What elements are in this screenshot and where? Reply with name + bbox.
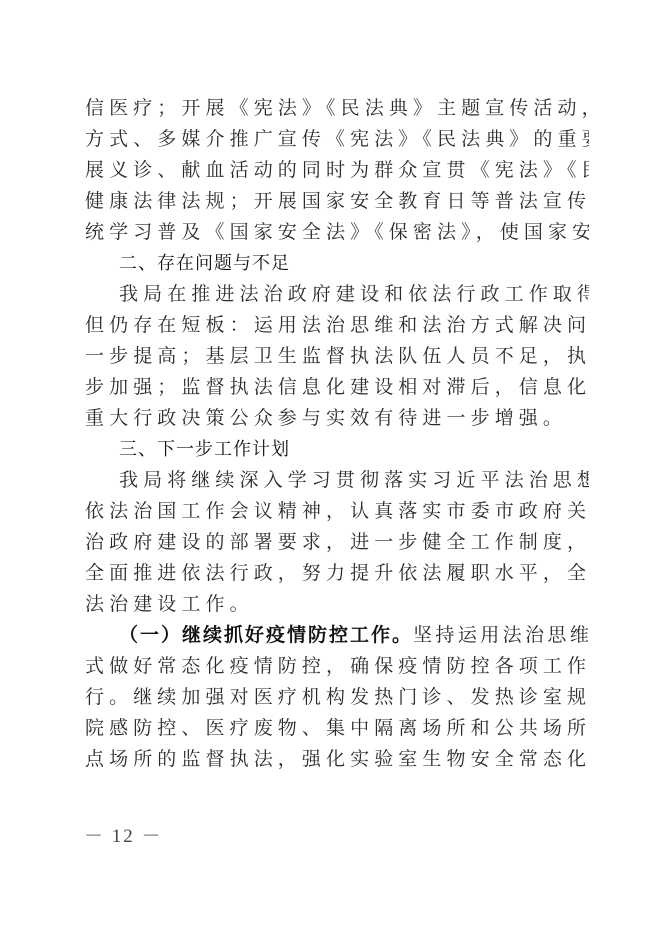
- text-line: 全面推进依法行政，努力提升依法履职水平，全面加强卫生健康: [85, 558, 589, 589]
- text-line: 重大行政决策公众参与实效有待进一步增强。: [85, 403, 589, 434]
- text-line: 我局在推进法治政府建设和依法行政工作取得了一定成绩，: [85, 279, 589, 310]
- text-line: 信医疗；开展《宪法》《民法典》主题宣传活动，推动全系统多: [85, 93, 589, 124]
- section-heading-next-steps: 三、下一步工作计划: [85, 434, 589, 465]
- section-heading-problems: 二、存在问题与不足: [85, 248, 589, 279]
- text-line: 行。继续加强对医疗机构发热门诊、发热诊室规范化建设管理、: [85, 682, 589, 713]
- text-line: 我局将继续深入学习贯彻落实习近平法治思想和中央全面: [85, 465, 589, 496]
- text-line: 式做好常态化疫情防控，确保疫情防控各项工作在法治轨道上进: [85, 651, 589, 682]
- text-line: 展义诊、献血活动的同时为群众宣贯《宪法》《民法典》及卫生: [85, 155, 589, 186]
- text-run: 坚持运用法治思维和法治方: [413, 624, 589, 646]
- text-line: 院感防控、医疗废物、集中隔离场所和公共场所等重点机构和重: [85, 713, 589, 744]
- text-line: 依法治国工作会议精神，认真落实市委市政府关于依法治市、法: [85, 496, 589, 527]
- document-page: 信医疗；开展《宪法》《民法典》主题宣传活动，推动全系统多 方式、多媒介推广宣传《…: [0, 0, 672, 927]
- page-number: － 12 －: [84, 821, 163, 848]
- text-line: 一步提高；基层卫生监督执法队伍人员不足，执法能力有待进一: [85, 341, 589, 372]
- text-line: 方式、多媒介推广宣传《宪法》《民法典》的重要内容，通过开: [85, 124, 589, 155]
- text-line: 但仍存在短板：运用法治思维和法治方式解决问题的能力需要进: [85, 310, 589, 341]
- text-line: 法治建设工作。: [85, 589, 589, 620]
- text-line: 点场所的监督执法，强化实验室生物安全常态化监督，以及学校、: [85, 744, 589, 775]
- text-line: 统学习普及《国家安全法》《保密法》，使国家安全教育深入工作。: [85, 217, 589, 248]
- body-text: 信医疗；开展《宪法》《民法典》主题宣传活动，推动全系统多 方式、多媒介推广宣传《…: [85, 93, 589, 775]
- text-line: 步加强；监督执法信息化建设相对滞后，信息化建设亟需加强；: [85, 372, 589, 403]
- text-line: 治政府建设的部署要求，进一步健全工作制度，完善决策机制，: [85, 527, 589, 558]
- text-line: 健康法律法规；开展国家安全教育日等普法宣传活动，组织全系: [85, 186, 589, 217]
- text-line-with-bold-lead: （一）继续抓好疫情防控工作。坚持运用法治思维和法治方: [85, 620, 589, 651]
- subsection-title-epidemic-control: （一）继续抓好疫情防控工作。: [119, 624, 413, 646]
